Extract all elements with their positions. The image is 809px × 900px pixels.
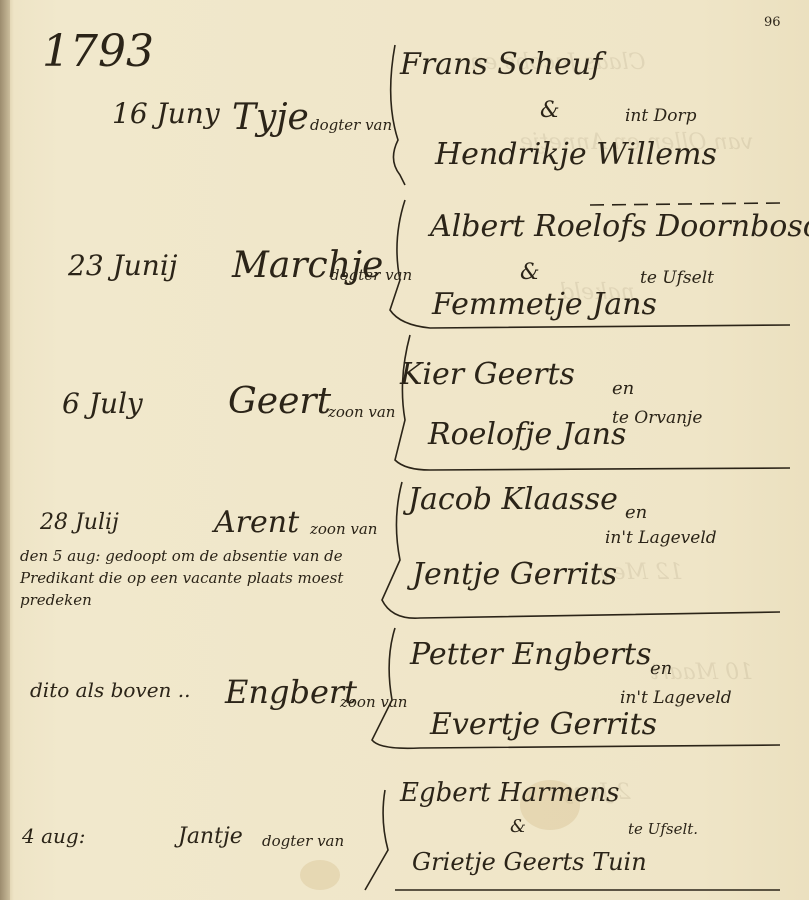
relation-text: dogter van <box>310 118 392 133</box>
father-name: Kier Geerts <box>400 360 575 390</box>
residence-place: int Dorp <box>625 108 697 125</box>
father-name: Jacob Klaasse <box>408 485 618 515</box>
residence-place: in't Lageveld <box>605 530 717 547</box>
entry-date: 6 July <box>62 390 143 418</box>
conjunction: & <box>540 100 560 122</box>
entry-date: 4 aug: <box>22 826 85 846</box>
entry-date: 16 Juny <box>112 100 220 128</box>
entry-margin-note: den 5 aug: gedoopt om de absentie van de… <box>20 545 370 611</box>
relation-text: zoon van <box>340 695 407 710</box>
child-name: Tyje <box>232 100 309 136</box>
conjunction: en <box>612 380 634 398</box>
mother-name: Grietje Geerts Tuin <box>412 850 647 874</box>
residence-place: te Ufselt <box>640 270 714 287</box>
conjunction: en <box>650 660 672 678</box>
entry-date: 23 Junij <box>68 252 177 280</box>
conjunction: & <box>510 818 526 836</box>
child-name: Geert <box>228 384 331 420</box>
mother-name: Roelofje Jans <box>428 420 626 450</box>
relation-text: zoon van <box>328 405 395 420</box>
father-name: Albert Roelofs Doornbosch <box>430 212 809 242</box>
relation-text: zoon van <box>310 522 377 537</box>
father-name: Egbert Harmens <box>400 780 620 806</box>
relation-text: dogter van <box>330 268 412 283</box>
father-name: Petter Engberts <box>410 640 652 670</box>
entry-date: dito als boven .. <box>30 680 191 700</box>
relation-text: dogter van <box>262 834 344 849</box>
entry-braces-and-rules <box>0 0 809 900</box>
mother-name: Evertje Gerrits <box>430 710 657 740</box>
residence-place: te Ufselt. <box>628 822 698 837</box>
manuscript-page: Claas Jacobs en van Ollen en Annetje nak… <box>0 0 809 900</box>
conjunction: en <box>625 504 647 522</box>
mother-name: Jentje Gerrits <box>412 560 617 590</box>
entry-date: 28 Julij <box>40 512 119 534</box>
mother-name: Femmetje Jans <box>432 290 657 320</box>
child-name: Engbert <box>225 676 357 708</box>
child-name: Jantje <box>178 826 243 848</box>
mother-name: Hendrikje Willems <box>435 140 717 170</box>
residence-place: in't Lageveld <box>620 690 732 707</box>
conjunction: & <box>520 262 540 284</box>
father-name: Frans Scheuf <box>400 50 602 80</box>
child-name: Arent <box>214 508 299 538</box>
